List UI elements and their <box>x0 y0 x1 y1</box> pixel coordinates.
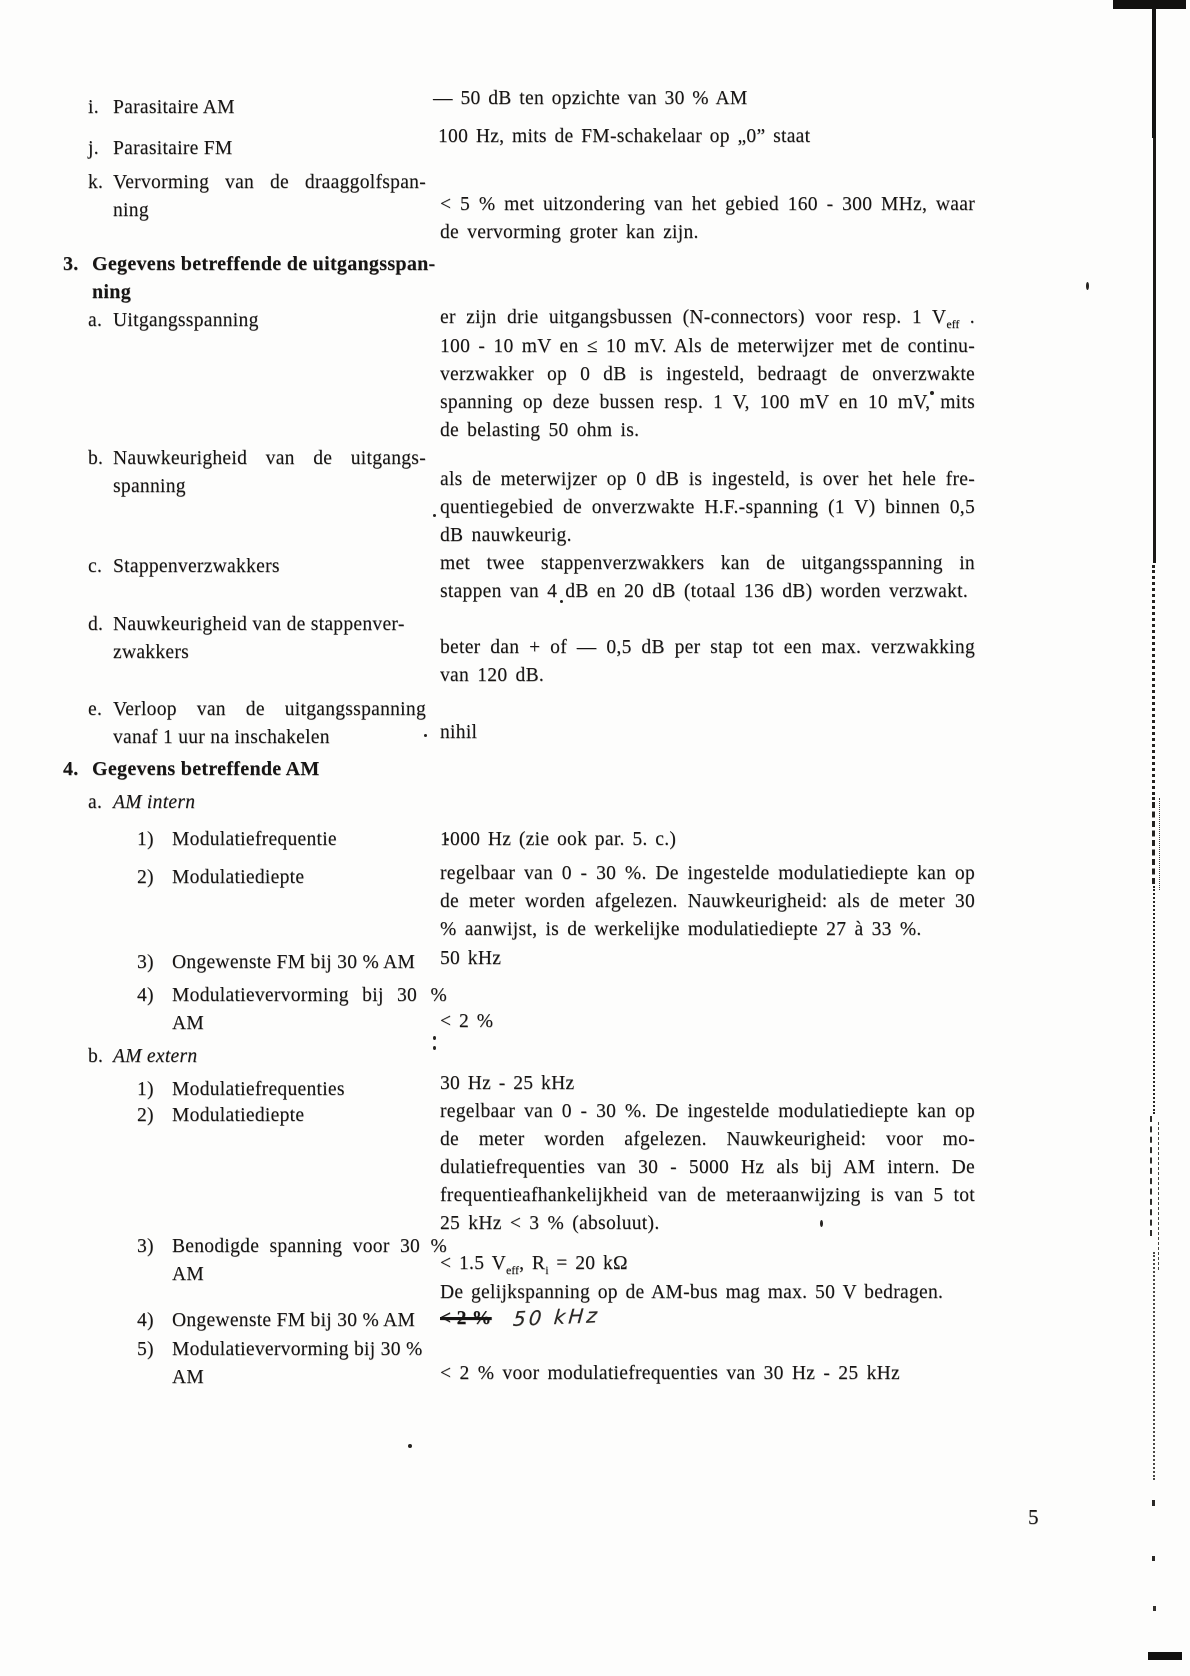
scan-speck <box>433 1036 436 1040</box>
item-marker: c. <box>88 553 113 581</box>
scan-artifact-top-bar <box>1113 0 1186 9</box>
scan-artifact-edge-line <box>1153 1252 1155 1480</box>
item-label: Uitgangsspanning <box>113 307 428 335</box>
subsection-am-intern: a. AM intern <box>88 789 428 817</box>
section-number: 4. <box>63 755 92 783</box>
scan-artifact-bottom-dash <box>1148 1652 1182 1660</box>
spec-am-int-1: 1) Modulatiefrequentie <box>137 826 457 854</box>
item-label: Modulatiediepte <box>172 864 457 892</box>
scan-artifact-edge-line <box>1150 1116 1152 1236</box>
handwritten-correction: 50 kHz <box>512 1301 601 1333</box>
item-label: Modulatievervorming bij 30 % AM <box>172 1336 459 1392</box>
spec-am-int-2: 2) Modulatiediepte <box>137 864 457 892</box>
scan-speck <box>930 391 934 395</box>
scan-artifact-edge-line <box>1152 802 1155 884</box>
value-text: er zijn drie uitgangsbussen (N-connector… <box>440 307 946 328</box>
spec-item-a-output: a. Uitgangsspanning <box>88 307 428 335</box>
scan-speck <box>560 600 563 603</box>
spec-item-e-drift-value: nihil <box>440 719 740 747</box>
spec-am-ext-1-value: 30 Hz - 25 kHz <box>440 1070 740 1098</box>
item-label: Vervorming van de draaggolfspan- ning <box>113 169 426 225</box>
item-marker: e. <box>88 696 113 752</box>
scan-artifact-edge-line <box>1158 1122 1159 1270</box>
subscript: i <box>545 1263 548 1277</box>
scan-speck <box>1086 282 1089 290</box>
scan-artifact-edge-line <box>1159 798 1160 890</box>
item-label: Stappenverzwakkers <box>113 553 428 581</box>
item-marker: a. <box>88 789 113 817</box>
section-3-heading: 3. Gegevens betreffende de uitgangsspan-… <box>63 250 463 306</box>
spec-item-c-attenuators-value: met twee stappenverzwakkers kan de uitga… <box>440 550 975 606</box>
scan-artifact-edge-line <box>1152 8 1156 138</box>
value-line-1: < 1.5 Veff, Ri = 20 kΩ <box>440 1250 975 1279</box>
scan-artifact-dot <box>1152 1500 1155 1506</box>
scan-artifact-edge-line <box>1153 138 1156 563</box>
section-title: Gegevens betreffende AM <box>92 755 463 783</box>
scan-speck <box>433 514 436 517</box>
scan-speck <box>820 1220 823 1227</box>
struck-out-value: < 2 % <box>440 1308 492 1329</box>
spec-am-int-3: 3) Ongewenste FM bij 30 % AM <box>137 949 457 977</box>
item-label: Modulatiefrequenties <box>172 1076 457 1104</box>
spec-item-b-accuracy-value: als de meterwijzer op 0 dB is ingesteld,… <box>440 466 975 550</box>
item-marker: 1) <box>137 1076 172 1104</box>
item-marker: 1) <box>137 826 172 854</box>
item-label: Benodigde spanning voor 30 % AM <box>172 1233 447 1289</box>
spec-am-ext-3-value: < 1.5 Veff, Ri = 20 kΩ De gelijkspanning… <box>440 1250 975 1307</box>
item-marker: 2) <box>137 1102 172 1130</box>
item-marker: 2) <box>137 864 172 892</box>
item-marker: i. <box>88 94 113 122</box>
spec-am-ext-2: 2) Modulatiediepte <box>137 1102 457 1130</box>
scan-artifact-edge-line <box>1153 886 1155 1114</box>
item-label: Ongewenste FM bij 30 % AM <box>172 949 457 977</box>
subsection-label: AM extern <box>113 1043 428 1071</box>
scan-artifact-dot <box>1152 1556 1155 1561</box>
item-marker: k. <box>88 169 113 225</box>
spec-am-ext-2-value: regelbaar van 0 - 30 %. De ingestelde mo… <box>440 1098 975 1238</box>
item-label: Modulatiefrequentie <box>172 826 457 854</box>
item-label: Modulatiediepte <box>172 1102 457 1130</box>
item-label: Parasitaire AM <box>113 94 428 122</box>
item-marker: j. <box>88 135 113 163</box>
spec-am-int-1-value: 1000 Hz (zie ook par. 5. c.) <box>440 826 975 854</box>
spec-am-ext-5-value: < 2 % voor modulatiefrequenties van 30 H… <box>440 1360 975 1388</box>
spec-am-int-4: 4) Modulatievervorming bij 30 % AM <box>137 982 447 1038</box>
spec-am-ext-4: 4) Ongewenste FM bij 30 % AM <box>137 1307 457 1335</box>
spec-am-ext-1: 1) Modulatiefrequenties <box>137 1076 457 1104</box>
spec-am-int-2-value: regelbaar van 0 - 30 %. De ingestelde mo… <box>440 860 975 944</box>
document-page: i. Parasitaire AM — 50 dB ten opzichte v… <box>0 0 1190 1676</box>
scan-speck <box>446 838 449 841</box>
spec-am-ext-5: 5) Modulatievervorming bij 30 % AM <box>137 1336 459 1392</box>
spec-item-i-value: — 50 dB ten opzichte van 30 % AM <box>433 85 973 113</box>
item-marker: 5) <box>137 1336 172 1392</box>
spec-am-int-4-value: < 2 % <box>440 1008 740 1036</box>
item-label: Modulatievervorming bij 30 % AM <box>172 982 447 1038</box>
item-marker: 4) <box>137 1307 172 1335</box>
subsection-am-extern: b. AM extern <box>88 1043 428 1071</box>
spec-am-ext-4-value: < 2 % 50 kHz <box>440 1303 840 1333</box>
spec-item-k-value: < 5 % met uitzondering van het gebied 16… <box>440 191 975 247</box>
scan-artifact-edge-line <box>1152 565 1155 800</box>
spec-am-ext-3: 3) Benodigde spanning voor 30 % AM <box>137 1233 447 1289</box>
spec-item-i: i. Parasitaire AM <box>88 94 428 122</box>
scan-speck <box>424 734 427 737</box>
spec-item-d-att-accuracy-value: beter dan + of — 0,5 dB per stap tot een… <box>440 634 975 690</box>
section-title: Gegevens betreffende de uitgangsspan- ni… <box>92 250 463 306</box>
item-label: Nauwkeurigheid van de stappenver- zwakke… <box>113 611 426 667</box>
subscript: eff <box>946 317 959 331</box>
section-number: 3. <box>63 250 92 306</box>
item-label: Parasitaire FM <box>113 135 428 163</box>
scan-speck <box>433 1046 436 1050</box>
subscript: eff <box>506 1263 519 1277</box>
item-label: Nauwkeurigheid van de uitgangs- spanning <box>113 445 426 501</box>
item-marker: b. <box>88 1043 113 1071</box>
spec-item-d-att-accuracy: d. Nauwkeurigheid van de stappenver- zwa… <box>88 611 426 667</box>
item-marker: 4) <box>137 982 172 1038</box>
spec-item-c-attenuators: c. Stappenverzwakkers <box>88 553 428 581</box>
page-number: 5 <box>1028 1505 1039 1530</box>
item-marker: 3) <box>137 1233 172 1289</box>
item-marker: d. <box>88 611 113 667</box>
subsection-label: AM intern <box>113 789 428 817</box>
item-label: Verloop van de uitgangsspanning vanaf 1 … <box>113 696 426 752</box>
scan-artifact-dot <box>1153 1606 1156 1611</box>
scan-speck <box>408 1444 412 1448</box>
section-4-heading: 4. Gegevens betreffende AM <box>63 755 463 783</box>
spec-item-k: k. Vervorming van de draaggolfspan- ning <box>88 169 426 225</box>
item-marker: a. <box>88 307 113 335</box>
spec-item-a-output-value: er zijn drie uitgangsbussen (N-connector… <box>440 304 975 445</box>
spec-item-j: j. Parasitaire FM <box>88 135 428 163</box>
spec-item-b-accuracy: b. Nauwkeurigheid van de uitgangs- spann… <box>88 445 426 501</box>
item-label: Ongewenste FM bij 30 % AM <box>172 1307 457 1335</box>
item-marker: 3) <box>137 949 172 977</box>
item-marker: b. <box>88 445 113 501</box>
spec-item-j-value: 100 Hz, mits de FM-schakelaar op „0” sta… <box>438 123 978 151</box>
spec-am-int-3-value: 50 kHz <box>440 945 740 973</box>
spec-item-e-drift: e. Verloop van de uitgangsspanning vanaf… <box>88 696 426 752</box>
